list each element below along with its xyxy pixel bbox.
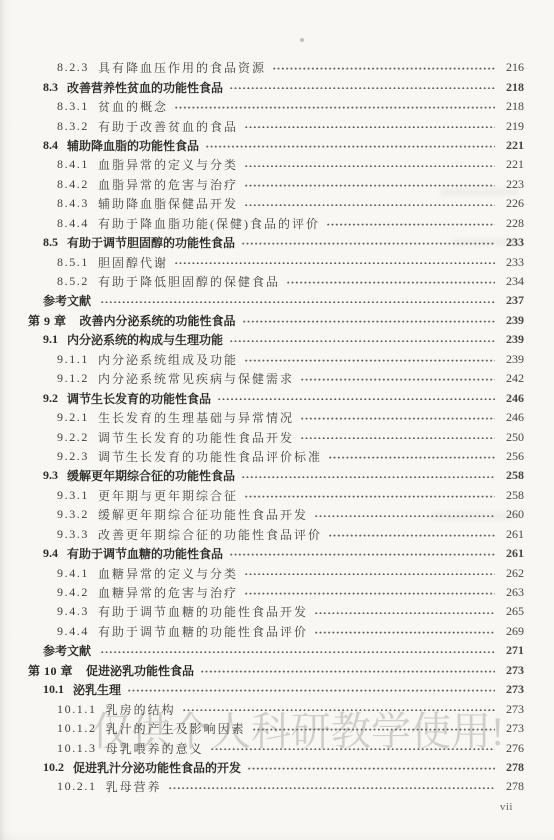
toc-entry-page: 262: [500, 566, 524, 581]
dot-leader: [128, 680, 495, 699]
dot-leader: [245, 350, 495, 369]
toc-entry-title: 母乳喂养的意义: [106, 740, 204, 757]
toc-entry-number: 9.3.3: [57, 527, 89, 542]
dot-leader: [273, 58, 495, 77]
dot-leader: [245, 583, 495, 602]
toc-entry-title: 有助于改善贫血的食品: [98, 118, 238, 135]
toc-entry: 9.4.4有助于调节血糖的功能性食品评价269: [28, 622, 524, 641]
dot-leader: [245, 194, 495, 213]
dot-leader: [248, 758, 495, 777]
toc-entry-page: 226: [500, 196, 524, 211]
dot-leader: [101, 291, 495, 310]
toc-entry-number: 8.5.1: [57, 255, 89, 270]
toc-entry-number: 10.1.2: [57, 721, 97, 736]
toc-entry-title: 内分泌系统组成及功能: [98, 351, 238, 368]
toc-entry-title: 有助于降低胆固醇的保健食品: [98, 273, 280, 290]
dot-leader: [206, 136, 495, 155]
toc-entry-number: 8.4.3: [57, 196, 89, 211]
toc-entry-title: 乳房的结构: [106, 701, 176, 718]
toc-entry: 8.3.1贫血的概念218: [28, 97, 524, 116]
toc-entry-page: 256: [500, 449, 524, 464]
dot-leader: [329, 525, 495, 544]
dot-leader: [327, 214, 495, 233]
toc-entry-number: 9.1.2: [57, 371, 89, 386]
toc-entry-page: 261: [500, 527, 524, 542]
toc-entry-number: 10.1.3: [57, 741, 97, 756]
toc-entry: 10.2.1乳母营养278: [28, 777, 524, 796]
toc-entry: 9.1内分泌系统的构成与生理功能239: [28, 330, 524, 349]
dot-leader: [253, 719, 495, 738]
toc-entry-title: 血糖异常的危害与治疗: [98, 584, 238, 601]
toc-entry-title: 贫血的概念: [98, 98, 168, 115]
dot-leader: [175, 252, 495, 271]
dot-leader: [175, 97, 495, 116]
toc-entry-title: 血脂异常的危害与治疗: [98, 176, 238, 193]
toc-entry: 8.2.3具有降血压作用的食品资源216: [28, 58, 524, 77]
toc-entry-title: 有助于调节血糖的功能性食品: [67, 545, 223, 562]
toc-entry-number: 8.3.2: [57, 119, 89, 134]
toc-entry-title: 辅助降血脂的功能性食品: [67, 137, 199, 154]
toc-entry-number: 9.3.2: [57, 507, 89, 522]
toc-entry-number: 8.4: [43, 138, 58, 153]
toc-entry-title: 具有降血压作用的食品资源: [98, 59, 266, 76]
dot-leader: [329, 447, 495, 466]
toc-entry-title: 内分泌系统的构成与生理功能: [67, 331, 223, 348]
dot-leader: [301, 369, 495, 388]
toc-entry-page: 239: [500, 332, 524, 347]
toc-entry-number: 9.3.1: [57, 488, 89, 503]
toc-entry-number: 9.2.3: [57, 449, 89, 464]
toc-entry-page: 278: [500, 760, 524, 775]
toc-entry-number: 9.3: [43, 468, 58, 483]
toc-entry: 第 9 章改善内分泌系统的功能性食品239: [28, 311, 524, 330]
toc-entry-page: 273: [500, 702, 524, 717]
toc-entry-page: 228: [500, 216, 524, 231]
toc-entry-title: 调节生长发育的功能性食品评价标准: [98, 448, 322, 465]
toc-entry-title: 有助于调节血糖的功能性食品开发: [98, 603, 308, 620]
toc-entry-number: 10.2.1: [57, 779, 97, 794]
toc-entry: 9.2.2调节生长发育的功能性食品开发250: [28, 427, 524, 446]
toc-entry: 9.4.2血糖异常的危害与治疗263: [28, 583, 524, 602]
toc-entry-page: 242: [500, 371, 524, 386]
toc-entry-page: 250: [500, 430, 524, 445]
toc-entry-page: 246: [500, 410, 524, 425]
dot-leader: [101, 641, 495, 660]
toc-entry-page: 278: [500, 779, 524, 794]
dot-leader: [230, 77, 495, 96]
toc-entry-page: 237: [500, 293, 524, 308]
toc-entry-page: 261: [500, 546, 524, 561]
dot-leader: [183, 699, 495, 718]
toc-entry: 10.1.1乳房的结构273: [28, 699, 524, 718]
dot-leader: [242, 466, 495, 485]
toc-entry-number: 9.4.3: [57, 604, 89, 619]
toc-entry: 8.4.4有助于降血脂功能(保健)食品的评价228: [28, 214, 524, 233]
toc-entry-number: 8.4.2: [57, 177, 89, 192]
toc-entry-number: 10.1.1: [57, 702, 97, 717]
toc-entry-title: 缓解更年期综合征功能性食品开发: [98, 506, 308, 523]
toc-entry: 9.3缓解更年期综合征的功能性食品258: [28, 466, 524, 485]
toc-entry: 参考文献237: [28, 291, 524, 310]
toc-entry: 9.4.1血糖异常的定义与分类262: [28, 563, 524, 582]
dot-leader: [315, 505, 495, 524]
toc-entry-title: 参考文献: [43, 642, 91, 659]
toc-entry-number: 9.4: [43, 546, 58, 561]
toc-entry: 10.1泌乳生理273: [28, 680, 524, 699]
toc-entry: 9.3.3改善更年期综合征的功能性食品评价261: [28, 525, 524, 544]
toc-entry-page: 269: [500, 624, 524, 639]
toc-entry-page: 276: [500, 741, 524, 756]
toc-entry-page: 221: [500, 157, 524, 172]
dot-leader: [287, 272, 495, 291]
dot-leader: [242, 233, 495, 252]
dot-leader: [315, 622, 495, 641]
toc-entry: 8.3改善营养性贫血的功能性食品218: [28, 77, 524, 96]
toc-entry-page: 233: [500, 255, 524, 270]
dot-leader: [211, 738, 495, 757]
toc-entry: 9.4.3有助于调节血糖的功能性食品开发265: [28, 602, 524, 621]
dot-leader: [169, 777, 495, 796]
toc-entry: 9.3.1更年期与更年期综合征258: [28, 486, 524, 505]
toc-entry-number: 第 10 章: [28, 662, 73, 679]
toc-entry-page: 258: [500, 488, 524, 503]
toc-entry: 9.1.2内分泌系统常见疾病与保健需求242: [28, 369, 524, 388]
toc-entry: 9.2调节生长发育的功能性食品246: [28, 388, 524, 407]
toc-entry-number: 8.3: [43, 80, 58, 95]
toc-entry-title: 改善营养性贫血的功能性食品: [67, 79, 223, 96]
toc-entry-page: 239: [500, 352, 524, 367]
toc-entry-page: 265: [500, 604, 524, 619]
dot-leader: [315, 602, 495, 621]
toc-entry-number: 9.4.4: [57, 624, 89, 639]
dot-leader: [301, 408, 495, 427]
toc-entry-number: 8.5.2: [57, 274, 89, 289]
toc-entry-title: 改善内分泌系统的功能性食品: [80, 312, 236, 329]
toc-entry-page: 258: [500, 468, 524, 483]
toc-entry-page: 219: [500, 119, 524, 134]
toc-entry: 8.4辅助降血脂的功能性食品221: [28, 136, 524, 155]
toc-entry-number: 8.5: [43, 235, 58, 250]
toc-entry: 10.1.3母乳喂养的意义276: [28, 738, 524, 757]
dot-leader: [245, 116, 495, 135]
toc-entry-number: 9.4.1: [57, 566, 89, 581]
toc-entry-title: 生长发育的生理基础与异常情况: [98, 409, 294, 426]
toc-entry-title: 胆固醇代谢: [98, 254, 168, 271]
toc-entry: 8.4.3辅助降血脂保健品开发226: [28, 194, 524, 213]
toc-entry-title: 更年期与更年期综合征: [98, 487, 238, 504]
toc-entry-title: 有助于调节胆固醇的功能性食品: [67, 234, 235, 251]
toc-entry-title: 促进泌乳功能性食品: [86, 662, 194, 679]
toc-entry-page: 246: [500, 391, 524, 406]
dot-leader: [245, 563, 495, 582]
toc-entry-page: 221: [500, 138, 524, 153]
toc-entry: 10.1.2乳汁的产生及影响因素273: [28, 719, 524, 738]
toc-entry: 8.3.2有助于改善贫血的食品219: [28, 116, 524, 135]
toc-entry-title: 调节生长发育的功能性食品: [67, 390, 211, 407]
toc-entry: 10.2促进乳汁分泌功能性食品的开发278: [28, 758, 524, 777]
dot-leader: [245, 155, 495, 174]
toc-entry-title: 改善更年期综合征的功能性食品评价: [98, 526, 322, 543]
toc-entry-page: 273: [500, 663, 524, 678]
toc-entry-title: 乳汁的产生及影响因素: [106, 720, 246, 737]
toc-entry-title: 有助于降血脂功能(保健)食品的评价: [98, 215, 320, 232]
toc-entry-title: 乳母营养: [106, 778, 162, 795]
toc-entry: 参考文献271: [28, 641, 524, 660]
toc-entry: 9.4有助于调节血糖的功能性食品261: [28, 544, 524, 563]
toc-entry-page: 273: [500, 682, 524, 697]
toc-entry-title: 参考文献: [43, 292, 91, 309]
toc-entry-page: 218: [500, 99, 524, 114]
toc-entry-page: 233: [500, 235, 524, 250]
toc-entry: 8.5.1胆固醇代谢233: [28, 252, 524, 271]
toc-entry-page: 223: [500, 177, 524, 192]
toc-entry-page: 239: [500, 313, 524, 328]
dot-leader: [243, 311, 495, 330]
dot-leader: [245, 175, 495, 194]
toc-entry: 8.5.2有助于降低胆固醇的保健食品234: [28, 272, 524, 291]
toc-entry-number: 8.3.1: [57, 99, 89, 114]
dot-leader: [301, 427, 495, 446]
toc-entry: 第 10 章促进泌乳功能性食品273: [28, 661, 524, 680]
toc-entry: 8.4.2血脂异常的危害与治疗223: [28, 175, 524, 194]
scan-dot-artifact: [300, 38, 304, 42]
toc-list: 8.2.3具有降血压作用的食品资源2168.3改善营养性贫血的功能性食品2188…: [28, 58, 524, 797]
toc-entry-page: 218: [500, 80, 524, 95]
toc-entry-number: 9.2: [43, 391, 58, 406]
toc-entry-number: 8.4.4: [57, 216, 89, 231]
toc-entry-page: 271: [500, 643, 524, 658]
toc-entry-number: 第 9 章: [28, 312, 67, 329]
toc-entry-title: 缓解更年期综合征的功能性食品: [67, 467, 235, 484]
toc-entry-page: 273: [500, 721, 524, 736]
toc-entry-title: 促进乳汁分泌功能性食品的开发: [73, 759, 241, 776]
toc-entry-number: 8.4.1: [57, 157, 89, 172]
dot-leader: [230, 544, 495, 563]
toc-entry-title: 内分泌系统常见疾病与保健需求: [98, 370, 294, 387]
toc-entry-page: 216: [500, 60, 524, 75]
dot-leader: [245, 486, 495, 505]
toc-entry-title: 有助于调节血糖的功能性食品评价: [98, 623, 308, 640]
toc-entry-number: 10.1: [43, 682, 64, 697]
toc-entry-title: 血糖异常的定义与分类: [98, 565, 238, 582]
toc-entry-number: 8.2.3: [57, 60, 89, 75]
toc-entry: 9.2.3调节生长发育的功能性食品评价标准256: [28, 447, 524, 466]
dot-leader: [230, 330, 495, 349]
toc-entry-number: 9.1.1: [57, 352, 89, 367]
toc-entry-number: 9.4.2: [57, 585, 89, 600]
page-number-folio: vii: [500, 801, 513, 813]
toc-entry-title: 调节生长发育的功能性食品开发: [98, 429, 294, 446]
toc-entry-page: 234: [500, 274, 524, 289]
toc-entry-page: 263: [500, 585, 524, 600]
toc-entry-number: 9.1: [43, 332, 58, 347]
toc-entry-number: 10.2: [43, 760, 64, 775]
toc-entry-page: 260: [500, 507, 524, 522]
toc-entry: 9.1.1内分泌系统组成及功能239: [28, 350, 524, 369]
toc-entry: 9.3.2缓解更年期综合征功能性食品开发260: [28, 505, 524, 524]
toc-entry: 8.4.1血脂异常的定义与分类221: [28, 155, 524, 174]
toc-entry-title: 辅助降血脂保健品开发: [98, 195, 238, 212]
toc-entry-title: 血脂异常的定义与分类: [98, 156, 238, 173]
toc-entry: 9.2.1生长发育的生理基础与异常情况246: [28, 408, 524, 427]
dot-leader: [218, 388, 495, 407]
toc-entry: 8.5有助于调节胆固醇的功能性食品233: [28, 233, 524, 252]
toc-entry-number: 9.2.2: [57, 430, 89, 445]
dot-leader: [201, 661, 495, 680]
toc-entry-title: 泌乳生理: [73, 681, 121, 698]
toc-entry-number: 9.2.1: [57, 410, 89, 425]
